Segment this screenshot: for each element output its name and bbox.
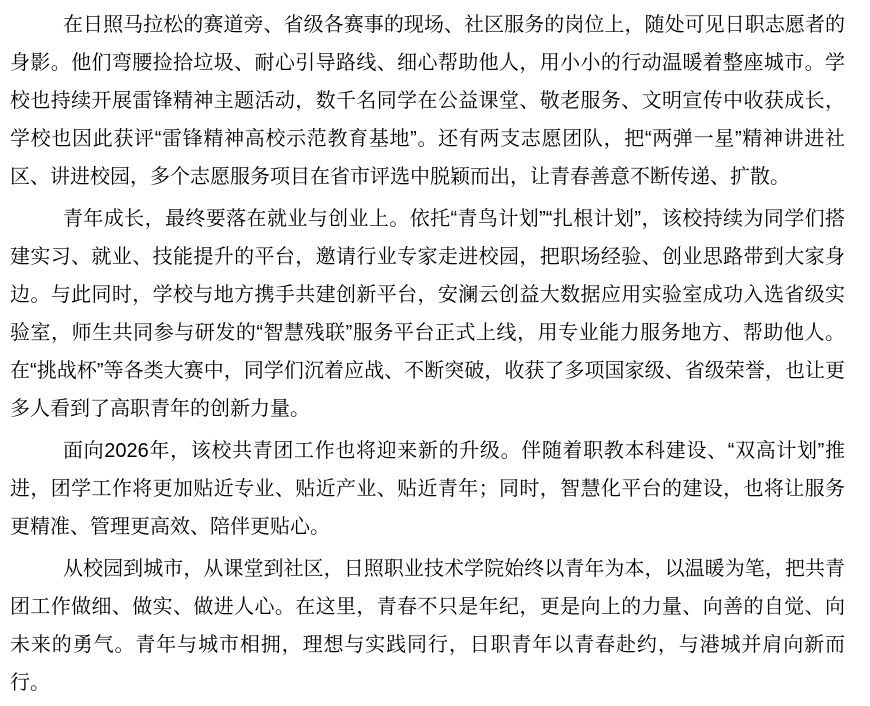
paragraph-employment-innovation: 青年成长，最终要落在就业与创业上。依托“青鸟计划”“扎根计划”，该校持续为同学们… xyxy=(10,200,845,428)
paragraph-conclusion: 从校园到城市，从课堂到社区，日照职业技术学院始终以青年为本，以温暖为笔，把共青团… xyxy=(10,550,845,702)
paragraph-volunteer-service: 在日照马拉松的赛道旁、省级各赛事的现场、社区服务的岗位上，随处可见日职志愿者的身… xyxy=(10,6,845,196)
article-body: 在日照马拉松的赛道旁、省级各赛事的现场、社区服务的岗位上，随处可见日职志愿者的身… xyxy=(0,0,870,702)
paragraph-2026-outlook: 面向2026年，该校共青团工作也将迎来新的升级。伴随着职教本科建设、“双高计划”… xyxy=(10,432,845,546)
